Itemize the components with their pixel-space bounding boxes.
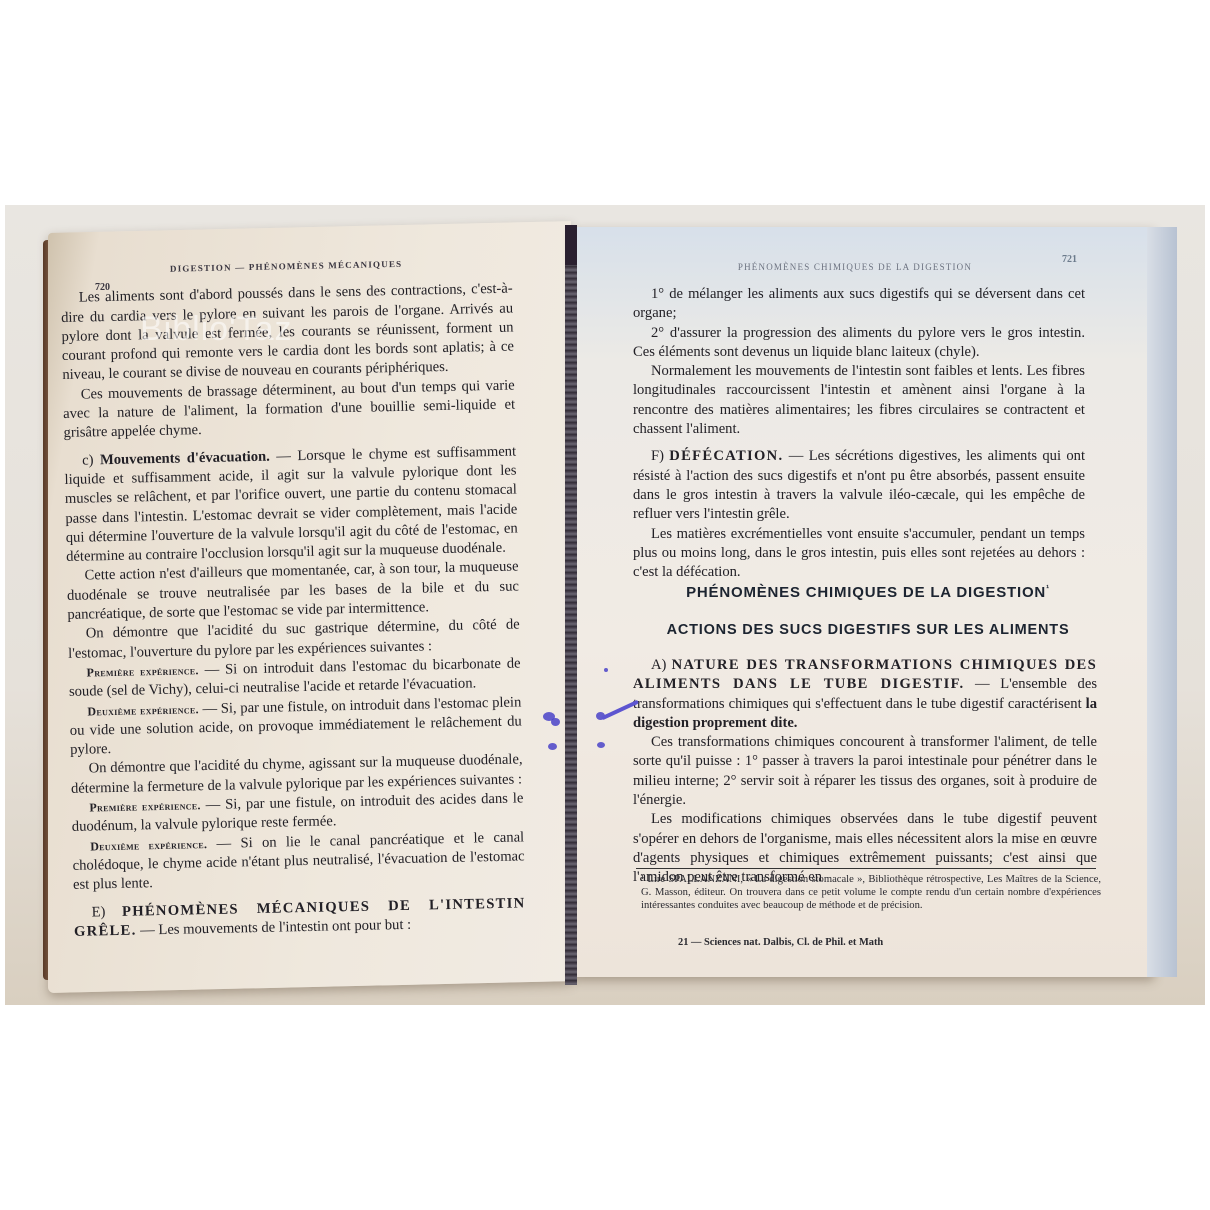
list-item: 1° de mélanger les aliments aux sucs dig… [633,285,1085,324]
section-f-title: DÉFÉCATION. [669,448,783,464]
experiment: Deuxième expérience. — Si, par une fistu… [69,693,522,760]
paragraph: Normalement les mouvements de l'intestin… [633,362,1085,439]
section-f: F) DÉFÉCATION. — Les sécrétions digestiv… [633,447,1085,524]
footnote: ¹ Lire SPALLANZANI, « La digestion stoma… [641,873,1101,912]
chapter-heading: PHÉNOMÈNES CHIMIQUES DE LA DIGESTION¹ [633,583,1103,601]
paragraph: Cette action n'est d'ailleurs que moment… [66,558,519,625]
signature-line: 21 — Sciences nat. Dalbis, Cl. de Phil. … [678,937,883,948]
experiment: Deuxième expérience. — Si on lie le cana… [72,828,525,895]
ink-blot [597,742,605,748]
evacuation-title: Mouvements d'évacuation. [100,448,270,468]
section-a: A) NATURE DES TRANSFORMATIONS CHIMIQUES … [633,656,1097,733]
watermark: Biblio'Taz [140,310,293,349]
paragraph: Ces mouvements de brassage déterminent, … [63,376,516,443]
left-page-text: DIGESTION — PHÉNOMÈNES MÉCANIQUES Les al… [60,253,526,942]
right-running-head: PHÉNOMÈNES CHIMIQUES DE LA DIGESTION [730,262,980,272]
right-page-number: 721 [1062,254,1077,265]
footnote-marker: ¹ [1046,583,1050,593]
paragraph: Ces transformations chimiques concourent… [633,733,1097,810]
ink-blot [604,668,608,672]
ink-blot [548,743,557,750]
right-page-text-top: 1° de mélanger les aliments aux sucs dig… [633,285,1085,582]
evacuation-paragraph: c) Mouvements d'évacuation. — Lorsque le… [64,442,518,567]
right-page-text-bottom: A) NATURE DES TRANSFORMATIONS CHIMIQUES … [633,656,1097,888]
ink-blot [551,718,560,726]
paragraph: Les matières excrémentielles vont ensuit… [633,525,1085,583]
list-item: 2° d'assurer la progression des aliments… [633,324,1085,363]
section-heading: ACTIONS DES SUCS DIGESTIFS SUR LES ALIME… [633,622,1103,638]
book-gutter [565,225,577,985]
gutter-top [565,225,577,265]
footnote-divider [636,868,1096,869]
